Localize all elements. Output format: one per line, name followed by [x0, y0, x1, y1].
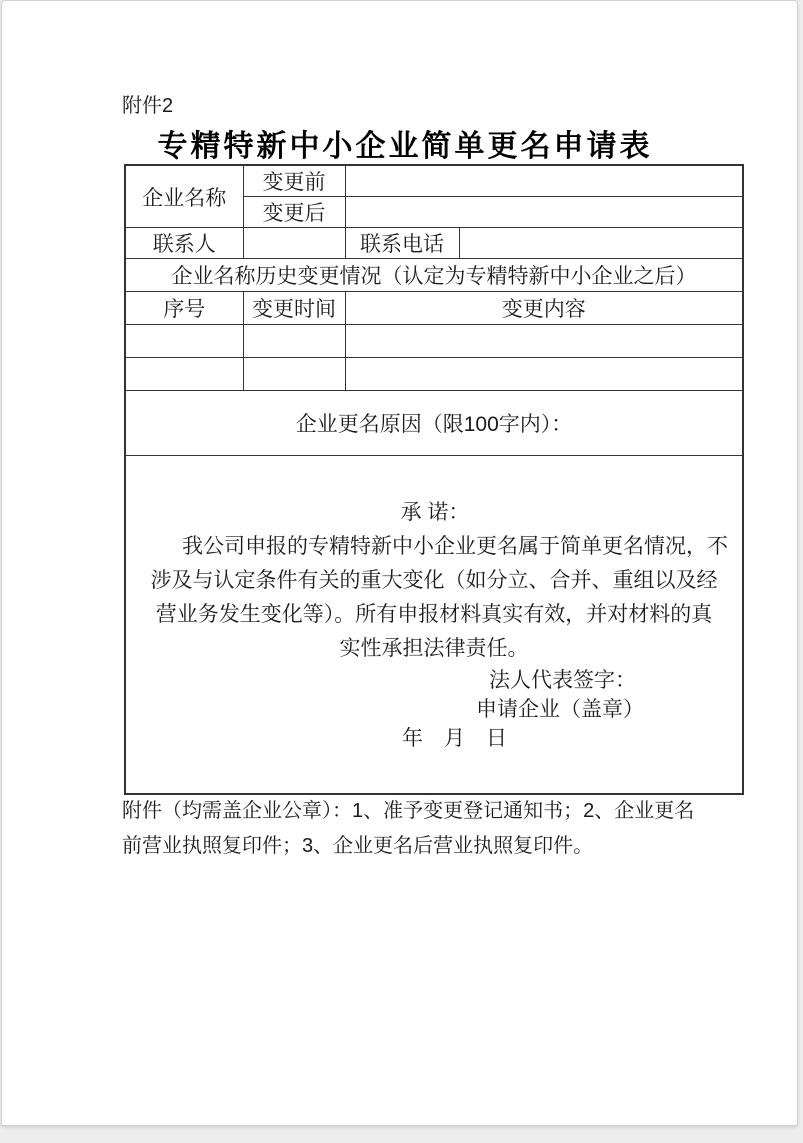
attachment-note-line: 前营业执照复印件；3、企业更名后营业执照复印件。 — [122, 829, 762, 864]
history-row-2-index — [125, 358, 243, 391]
commitment-heading: 承 诺： — [126, 496, 742, 530]
contact-phone-value-cell — [459, 228, 743, 259]
before-change-value-cell — [345, 165, 743, 197]
commitment-body-line: 涉及与认定条件有关的重大变化（如分立、合并、重组以及经 — [126, 564, 742, 598]
row-company-name-before: 企业名称 变更前 — [125, 165, 743, 197]
row-history-header: 序号 变更时间 变更内容 — [125, 292, 743, 325]
contact-person-label: 联系人 — [125, 228, 243, 259]
history-row-2 — [125, 358, 743, 391]
rename-reason-label: 企业更名原因（限100字内）： — [296, 413, 573, 436]
before-change-label: 变更前 — [243, 165, 345, 197]
history-section-title: 企业名称历史变更情况（认定为专精特新中小企业之后） — [125, 259, 743, 292]
commitment-body-line: 营业务发生变化等）。所有申报材料真实有效，并对材料的真 — [126, 598, 742, 632]
history-row-2-time — [243, 358, 345, 391]
attachment-requirements-note: 附件（均需盖企业公章）：1、准予变更登记通知书；2、企业更名 前营业执照复印件；… — [122, 794, 762, 864]
document-page: 附件2 专精特新中小企业简单更名申请表 企业名称 变更前 变更后 联系人 联系电… — [1, 0, 798, 1126]
history-row-1 — [125, 325, 743, 358]
contact-phone-label: 联系电话 — [345, 228, 459, 259]
application-form-table: 企业名称 变更前 变更后 联系人 联系电话 企业名称历史变更情况（认定为专精特新… — [124, 164, 744, 795]
history-row-1-content — [345, 325, 743, 358]
row-commitment: 承 诺： 我公司申报的专精特新中小企业更名属于简单更名情况，不 涉及与认定条件有… — [125, 456, 743, 794]
history-row-1-time — [243, 325, 345, 358]
row-rename-reason: 企业更名原因（限100字内）： — [125, 391, 743, 456]
after-change-value-cell — [345, 197, 743, 228]
history-header-content: 变更内容 — [345, 292, 743, 325]
history-row-1-index — [125, 325, 243, 358]
history-header-time: 变更时间 — [243, 292, 345, 325]
rename-reason-cell: 企业更名原因（限100字内）： — [125, 391, 743, 456]
attachment-label: 附件2 — [122, 93, 173, 119]
legal-representative-signature-line: 法人代表签字： — [126, 666, 742, 695]
after-change-label: 变更后 — [243, 197, 345, 228]
attachment-note-line: 附件（均需盖企业公章）：1、准予变更登记通知书；2、企业更名 — [122, 794, 762, 829]
history-header-index: 序号 — [125, 292, 243, 325]
row-contact: 联系人 联系电话 — [125, 228, 743, 259]
commitment-body-line: 我公司申报的专精特新中小企业更名属于简单更名情况，不 — [126, 530, 742, 564]
applicant-enterprise-seal-line: 申请企业（盖章） — [126, 695, 742, 724]
date-line: 年 月 日 — [126, 724, 742, 753]
contact-person-value-cell — [243, 228, 345, 259]
form-title: 专精特新中小企业简单更名申请表 — [96, 121, 714, 165]
history-row-2-content — [345, 358, 743, 391]
row-history-section-title: 企业名称历史变更情况（认定为专精特新中小企业之后） — [125, 259, 743, 292]
commitment-body-line: 实性承担法律责任。 — [126, 632, 742, 666]
company-name-label: 企业名称 — [125, 165, 243, 228]
commitment-cell: 承 诺： 我公司申报的专精特新中小企业更名属于简单更名情况，不 涉及与认定条件有… — [125, 456, 743, 794]
